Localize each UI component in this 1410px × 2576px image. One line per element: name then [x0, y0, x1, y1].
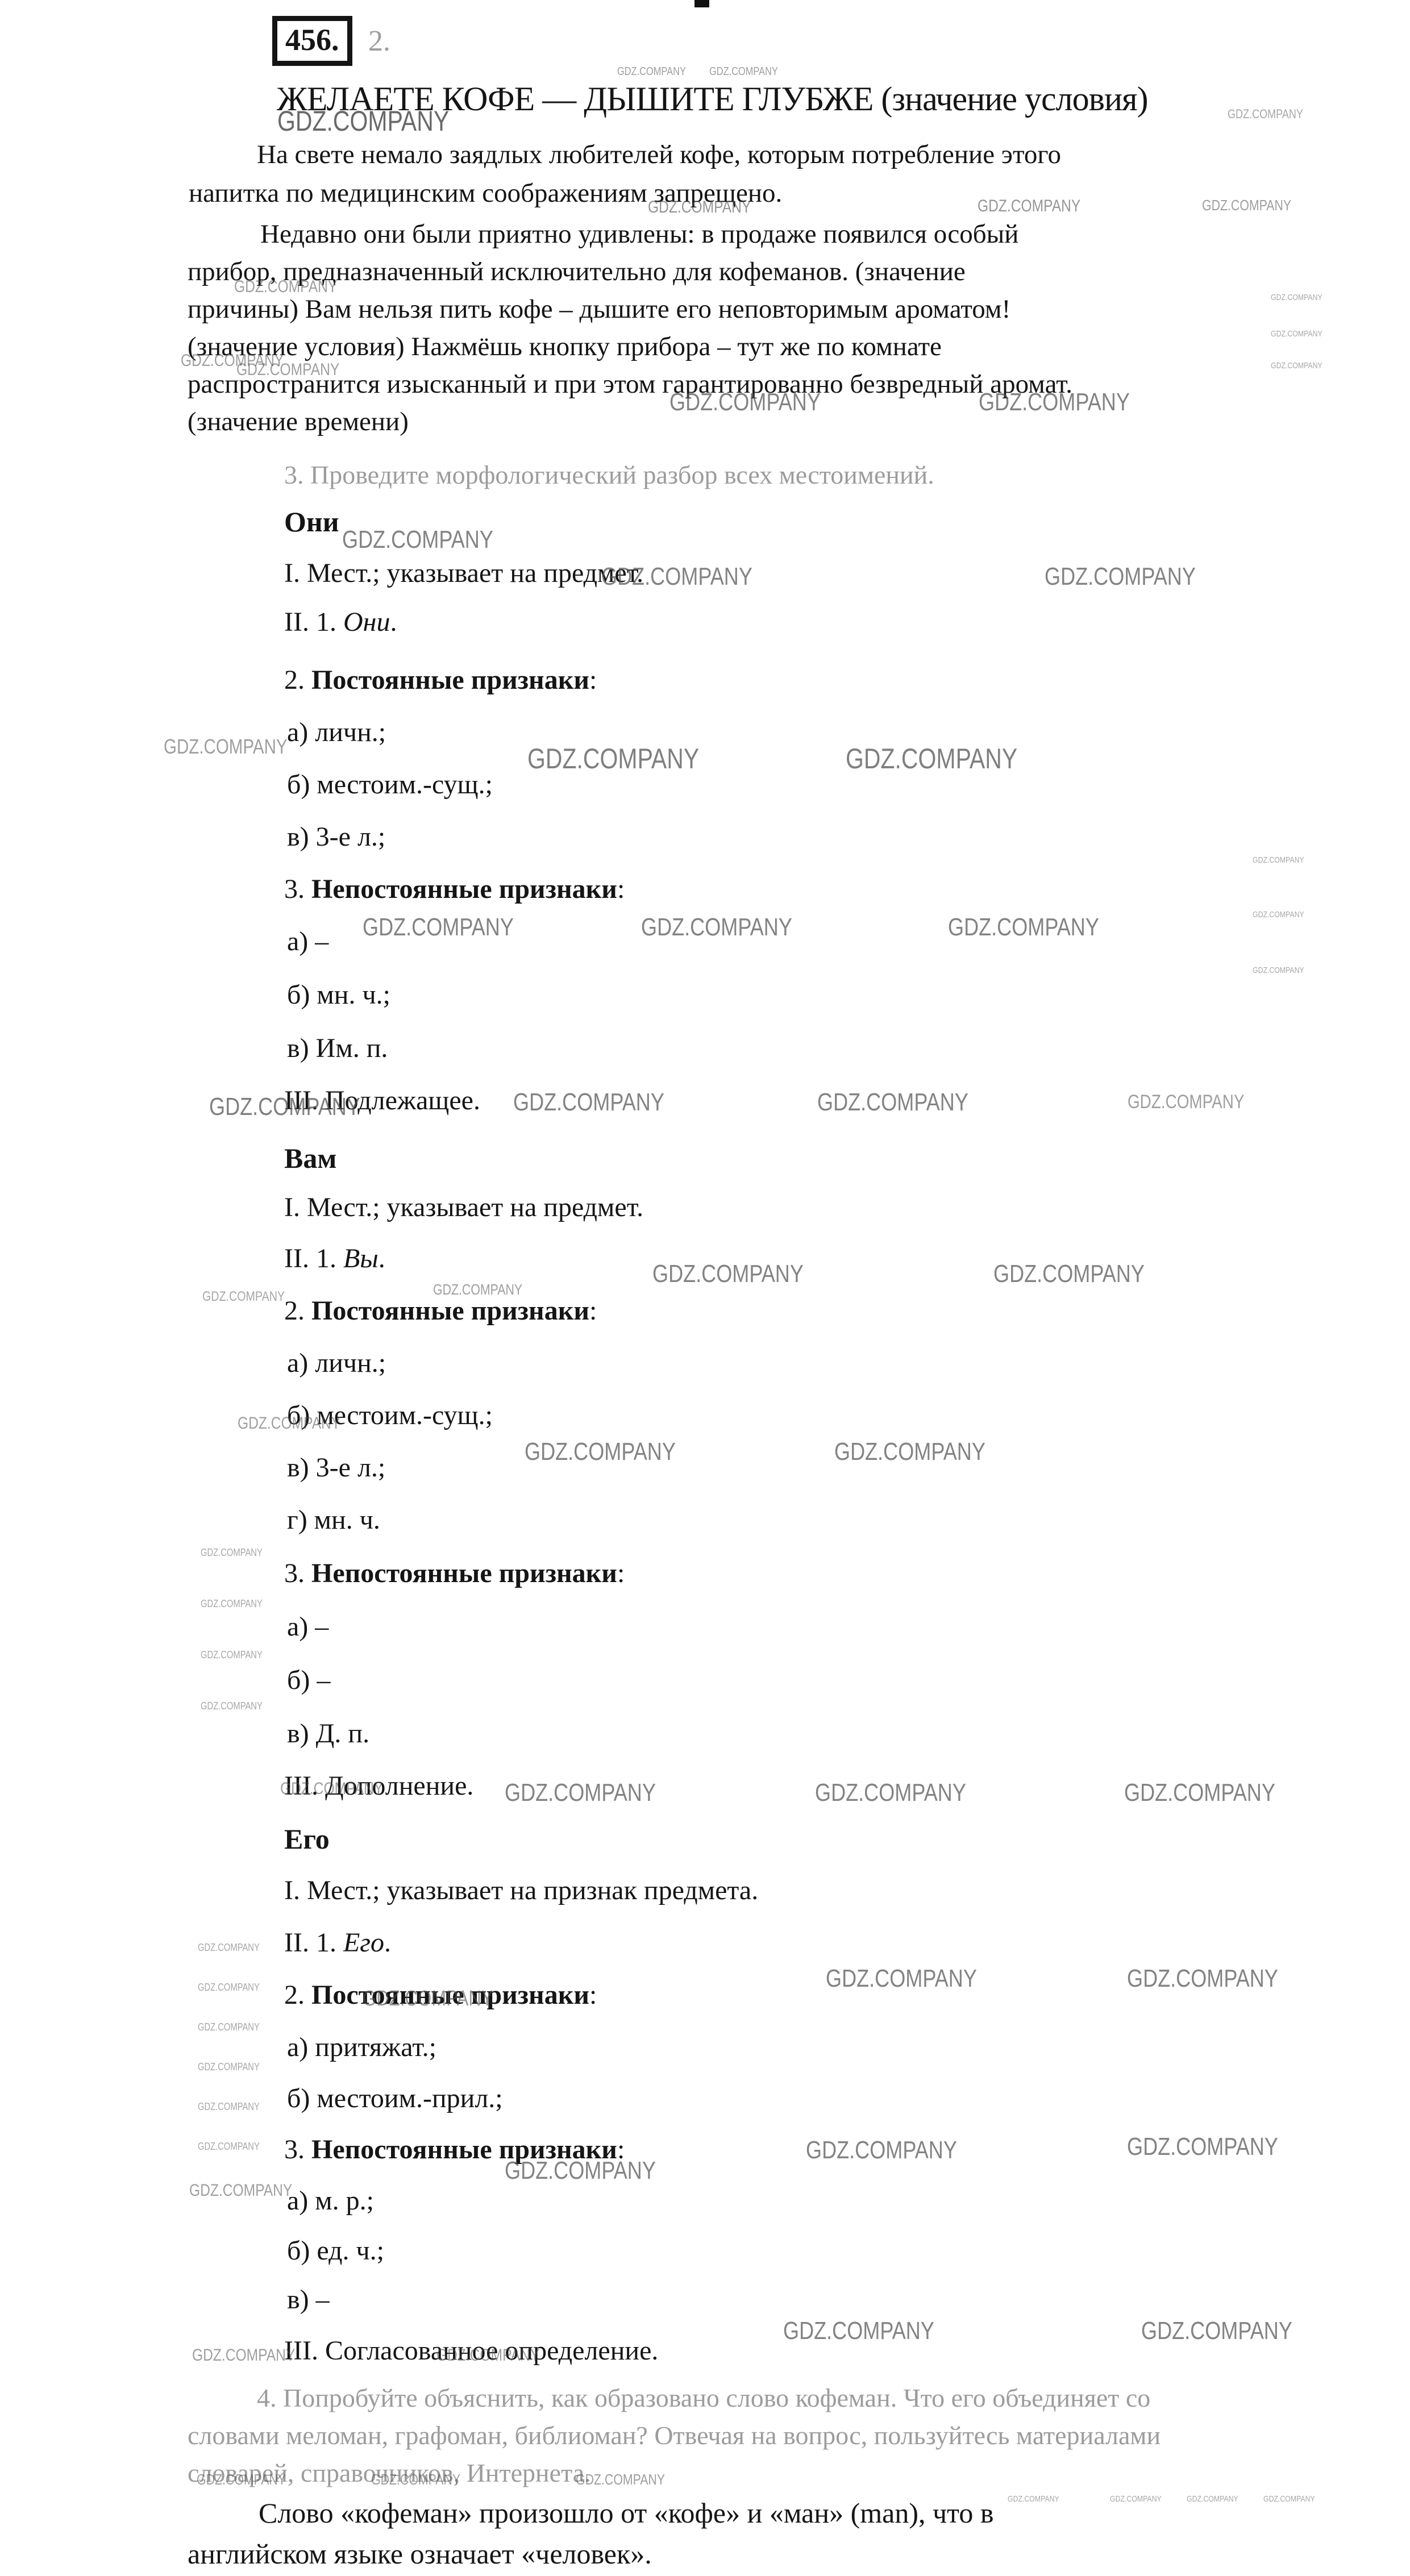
- watermark-text: GDZ.COMPANY: [641, 915, 792, 940]
- watermark-text: GDZ.COMPANY: [817, 1090, 968, 1115]
- ego-ii-end: .: [384, 1928, 391, 1958]
- watermark-text: GDZ.COMPANY: [201, 1650, 263, 1660]
- vam-perm-item: б) местоим.-сущ.;: [287, 1400, 493, 1431]
- watermark-text: GDZ.COMPANY: [198, 1942, 260, 1953]
- document-page: 456. 2. ЖЕЛАЕТЕ КОФЕ — ДЫШИТЕ ГЛУБЖЕ (зн…: [0, 0, 1410, 2576]
- oni-perm-item: в) 3-е л.;: [287, 822, 385, 852]
- answer-4-line: английском языке означает «человек».: [188, 2538, 652, 2570]
- oni-nonperm-item: а) –: [287, 926, 328, 957]
- watermark-text: GDZ.COMPANY: [363, 915, 514, 940]
- watermark-text: GDZ.COMPANY: [525, 1439, 676, 1464]
- watermark-text: GDZ.COMPANY: [1127, 1966, 1278, 1991]
- watermark-text: GDZ.COMPANY: [948, 915, 1099, 940]
- watermark-text: GDZ.COMPANY: [1271, 330, 1322, 338]
- ego-line-i: I. Мест.; указывает на признак предмета.: [284, 1875, 758, 1906]
- watermark-text: GDZ.COMPANY: [202, 1290, 285, 1304]
- watermark-text: GDZ.COMPANY: [201, 1547, 263, 1558]
- watermark-text: GDZ.COMPANY: [198, 2022, 260, 2032]
- watermark-text: GDZ.COMPANY: [846, 744, 1017, 773]
- vam-line-ii: II. 1. Вы.: [284, 1243, 385, 1274]
- ego-nonperm-item: б) ед. ч.;: [287, 2236, 384, 2266]
- watermark-text: GDZ.COMPANY: [1271, 293, 1322, 302]
- oni-ii-word: Они: [343, 607, 390, 637]
- vam-perm-item: г) мн. ч.: [287, 1505, 380, 1535]
- watermark-text: GDZ.COMPANY: [198, 2101, 260, 2112]
- perm-label: Постоянные признаки: [311, 665, 589, 695]
- story-line: напитка по медицинским соображениям запр…: [189, 178, 782, 209]
- story-line: (значение времени): [188, 407, 409, 437]
- oni-ii-end: .: [390, 607, 397, 637]
- perm-label: Постоянные признаки: [311, 1296, 589, 1326]
- vam-ii-end: .: [379, 1243, 385, 1274]
- perm-label: Постоянные признаки: [311, 1980, 589, 2010]
- story-line: распространится изысканный и при этом га…: [188, 369, 1072, 399]
- story-line: На свете немало заядлых любителей кофе, …: [257, 140, 1061, 170]
- oni-line-iii: III. Подлежащее.: [284, 1085, 480, 1116]
- task-3-instruction: 3. Проведите морфологический разбор всех…: [284, 460, 934, 490]
- watermark-text: GDZ.COMPANY: [505, 1780, 656, 1805]
- vam-nonperm-item: в) Д. п.: [287, 1718, 369, 1749]
- watermark-text: GDZ.COMPANY: [201, 1599, 263, 1609]
- watermark-text: GDZ.COMPANY: [1124, 1780, 1275, 1805]
- watermark-text: GDZ.COMPANY: [1045, 564, 1196, 589]
- watermark-text: GDZ.COMPANY: [527, 744, 699, 773]
- nonperm-label: Непостоянные признаки: [311, 2134, 617, 2165]
- watermark-text: GDZ.COMPANY: [201, 1701, 263, 1711]
- watermark-text: GDZ.COMPANY: [617, 66, 686, 77]
- nonperm-number: 3.: [284, 2134, 311, 2165]
- watermark-text: GDZ.COMPANY: [1187, 2495, 1238, 2503]
- watermark-text: GDZ.COMPANY: [1253, 910, 1304, 919]
- nonperm-number: 3.: [284, 1558, 311, 1588]
- part-number: 2.: [368, 25, 390, 58]
- colon: :: [617, 2134, 625, 2165]
- exercise-title: ЖЕЛАЕТЕ КОФЕ — ДЫШИТЕ ГЛУБЖЕ (значение у…: [277, 80, 1148, 118]
- watermark-text: GDZ.COMPANY: [1271, 361, 1322, 370]
- oni-line-i: I. Мест.; указывает на предмет.: [284, 558, 643, 589]
- watermark-text: GDZ.COMPANY: [198, 2141, 260, 2151]
- task-4-instruction-line: словарей, справочников, Интернета.: [188, 2458, 591, 2488]
- watermark-text: GDZ.COMPANY: [806, 2138, 957, 2163]
- watermark-text: GDZ.COMPANY: [826, 1966, 977, 1991]
- oni-nonperm-item: б) мн. ч.;: [287, 980, 390, 1010]
- oni-perm-item: а) личн.;: [287, 717, 386, 748]
- watermark-text: GDZ.COMPANY: [993, 1262, 1145, 1287]
- vam-ii-prefix: II. 1.: [284, 1243, 343, 1274]
- watermark-text: GDZ.COMPANY: [192, 2347, 295, 2364]
- vam-line-iii: III. Дополнение.: [284, 1771, 473, 1801]
- watermark-text: GDZ.COMPANY: [1110, 2495, 1162, 2503]
- colon: :: [617, 1558, 625, 1588]
- vam-nonperm-item: б) –: [287, 1665, 330, 1696]
- watermark-text: GDZ.COMPANY: [513, 1090, 664, 1115]
- oni-nonperm-item: в) Им. п.: [287, 1033, 388, 1064]
- oni-ii-prefix: II. 1.: [284, 607, 343, 637]
- vam-nonperm-item: а) –: [287, 1612, 328, 1642]
- story-line: причины) Вам нельзя пить кофе – дышите е…: [188, 294, 1010, 324]
- watermark-text: GDZ.COMPANY: [783, 2319, 934, 2344]
- nonperm-label: Непостоянные признаки: [311, 874, 617, 904]
- exercise-number-box: 456.: [272, 16, 352, 66]
- task-4-instruction-line: словами меломан, графоман, библиоман? От…: [188, 2421, 1161, 2450]
- watermark-text: GDZ.COMPANY: [1008, 2495, 1059, 2503]
- watermark-text: GDZ.COMPANY: [834, 1439, 985, 1464]
- watermark-text: GDZ.COMPANY: [978, 198, 1080, 215]
- story-line: Недавно они были приятно удивлены: в про…: [260, 219, 1018, 249]
- answer-4-line: Слово «кофеман» произошло от «кофе» и «м…: [259, 2497, 993, 2529]
- story-line: (значение условия) Нажмёшь кнопку прибор…: [188, 332, 942, 362]
- ego-line-ii: II. 1. Его.: [284, 1928, 391, 1958]
- vam-nonperm-heading: 3. Непостоянные признаки:: [284, 1558, 625, 1589]
- oni-line-ii: II. 1. Они.: [284, 607, 397, 638]
- ego-perm-item: а) притяжат.;: [287, 2032, 436, 2063]
- ego-perm-heading: 2. Постоянные признаки:: [284, 1980, 597, 2011]
- watermark-text: GDZ.COMPANY: [164, 736, 288, 757]
- ego-perm-item: б) местоим.-прил.;: [287, 2083, 503, 2114]
- watermark-text: GDZ.COMPANY: [1202, 198, 1291, 213]
- vam-perm-item: в) 3-е л.;: [287, 1453, 385, 1483]
- ego-nonperm-heading: 3. Непостоянные признаки:: [284, 2134, 625, 2165]
- ego-ii-prefix: II. 1.: [284, 1928, 343, 1958]
- story-line: прибор, предназначенный исключительно дл…: [188, 257, 966, 287]
- watermark-text: GDZ.COMPANY: [342, 527, 493, 552]
- ego-line-iii: III. Согласованное определение.: [284, 2336, 658, 2366]
- watermark-text: GDZ.COMPANY: [1128, 1092, 1244, 1112]
- watermark-text: GDZ.COMPANY: [815, 1780, 966, 1805]
- watermark-text: GDZ.COMPANY: [433, 1282, 522, 1297]
- ego-ii-word: Его: [343, 1928, 384, 1958]
- oni-perm-heading: 2. Постоянные признаки:: [284, 665, 597, 696]
- perm-number: 2.: [284, 1296, 311, 1326]
- watermark-text: GDZ.COMPANY: [1141, 2319, 1292, 2344]
- ego-nonperm-item: а) м. р.;: [287, 2186, 374, 2216]
- task-4-instruction-line: 4. Попробуйте объяснить, как образовано …: [257, 2383, 1150, 2413]
- nonperm-label: Непостоянные признаки: [311, 1558, 617, 1588]
- oni-nonperm-heading: 3. Непостоянные признаки:: [284, 874, 625, 905]
- vam-ii-word: Вы: [343, 1243, 379, 1274]
- section-word-oni: Они: [284, 506, 339, 538]
- watermark-text: GDZ.COMPANY: [1253, 856, 1304, 864]
- watermark-text: GDZ.COMPANY: [1228, 108, 1303, 120]
- perm-number: 2.: [284, 1980, 311, 2010]
- vam-perm-heading: 2. Постоянные признаки:: [284, 1296, 597, 1326]
- watermark-text: GDZ.COMPANY: [709, 66, 778, 77]
- scan-artifact: [694, 0, 709, 7]
- nonperm-number: 3.: [284, 874, 311, 904]
- watermark-text: GDZ.COMPANY: [198, 1982, 260, 1992]
- watermark-text: GDZ.COMPANY: [1127, 2134, 1278, 2159]
- vam-line-i: I. Мест.; указывает на предмет.: [284, 1192, 643, 1223]
- section-word-ego: Его: [284, 1823, 330, 1855]
- watermark-text: GDZ.COMPANY: [1253, 966, 1304, 975]
- colon: :: [617, 874, 625, 904]
- watermark-text: GDZ.COMPANY: [198, 2062, 260, 2072]
- watermark-text: GDZ.COMPANY: [1263, 2495, 1315, 2503]
- oni-perm-item: б) местоим.-сущ.;: [287, 769, 493, 800]
- section-word-vam: Вам: [284, 1142, 336, 1174]
- watermark-text: GDZ.COMPANY: [189, 2182, 292, 2199]
- ego-nonperm-item: в) –: [287, 2284, 330, 2315]
- perm-number: 2.: [284, 665, 311, 695]
- vam-perm-item: а) личн.;: [287, 1348, 386, 1379]
- colon: :: [589, 1980, 597, 2010]
- exercise-number: 456.: [285, 23, 339, 57]
- colon: :: [589, 1296, 597, 1326]
- watermark-text: GDZ.COMPANY: [652, 1262, 804, 1287]
- colon: :: [589, 665, 597, 695]
